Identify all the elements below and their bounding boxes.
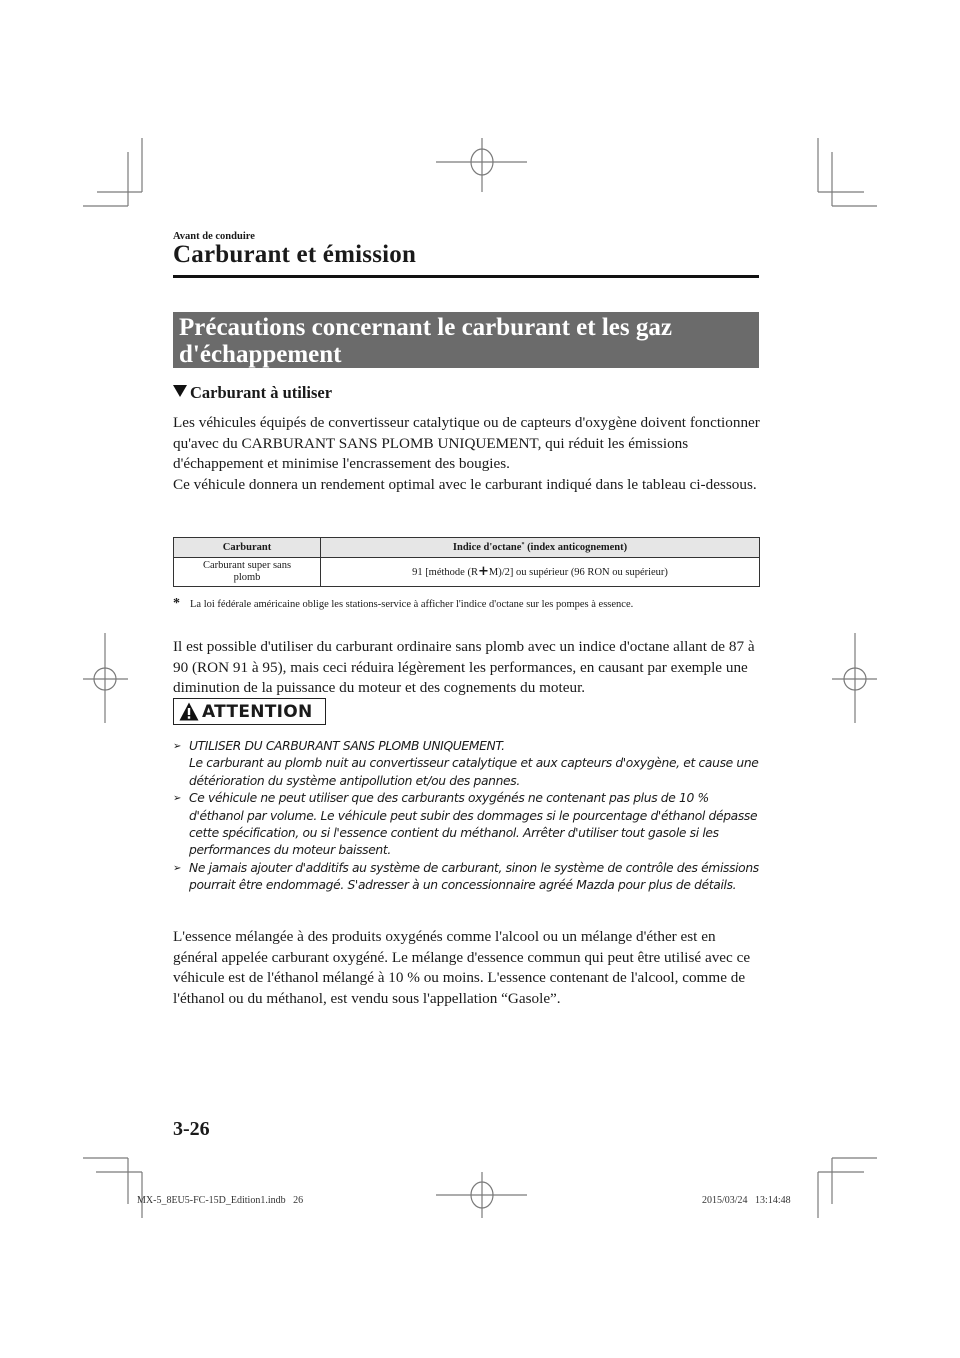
fuel-octane-table: Carburant Indice d'octane* (index antico… <box>173 537 760 587</box>
table-footnote: *La loi fédérale américaine oblige les s… <box>173 596 633 612</box>
fuel-type-line-1: Carburant super sans <box>178 560 316 572</box>
arrowhead-bullet-icon: ➢ <box>173 738 181 755</box>
attention-item: ➢ Ne jamais ajouter d'additifs au systèm… <box>173 860 763 895</box>
header-fuel: Carburant <box>174 538 321 558</box>
attention-list: ➢ UTILISER DU CARBURANT SANS PLOMB UNIQU… <box>173 738 763 895</box>
header-octane-label: Indice d'octane <box>453 542 522 553</box>
section-title: Carburant et émission <box>173 241 416 269</box>
attention-item: ➢ UTILISER DU CARBURANT SANS PLOMB UNIQU… <box>173 738 763 790</box>
header-divider <box>173 275 759 278</box>
oxygenated-fuel-paragraph: L'essence mélangée à des produits oxygén… <box>173 927 763 1009</box>
warning-triangle-icon <box>179 702 199 721</box>
attention-badge: ATTENTION <box>173 698 326 725</box>
attention-item-detail: Le carburant au plomb nuit au convertiss… <box>189 755 763 790</box>
cell-octane: 91 [méthode (R+M)/2] ou supérieur (96 RO… <box>321 558 760 587</box>
print-timestamp: 2015/03/24 13:14:48 <box>702 1195 791 1206</box>
subsection-heading-text: Carburant à utiliser <box>190 383 332 402</box>
header-octane: Indice d'octane* (index anticognement) <box>321 538 760 558</box>
plus-icon: + <box>478 564 489 579</box>
octane-text-pre: 91 [méthode (R <box>412 567 478 578</box>
table-header-row: Carburant Indice d'octane* (index antico… <box>174 538 760 558</box>
arrowhead-bullet-icon: ➢ <box>173 860 181 877</box>
triangle-down-icon <box>173 385 187 397</box>
arrowhead-bullet-icon: ➢ <box>173 790 181 807</box>
attention-item-text: Ne jamais ajouter d'additifs au système … <box>189 860 763 895</box>
cell-fuel-type: Carburant super sans plomb <box>174 558 321 587</box>
octane-text-post: M)/2] ou supérieur (96 RON ou supérieur) <box>489 567 668 578</box>
page-number: 3-26 <box>173 1118 210 1141</box>
table-row: Carburant super sans plomb 91 [méthode (… <box>174 558 760 587</box>
file-slug: MX-5_8EU5-FC-15D_Edition1.indb 26 <box>137 1195 303 1206</box>
fuel-type-line-2: plomb <box>178 572 316 584</box>
attention-item-text: Ce véhicule ne peut utiliser que des car… <box>189 790 763 860</box>
subsection-heading: Carburant à utiliser <box>173 383 332 403</box>
header-octane-suffix: (index anticognement) <box>524 542 627 553</box>
intro-paragraph: Les véhicules équipés de convertisseur c… <box>173 413 763 475</box>
regular-fuel-paragraph: Il est possible d'utiliser du carburant … <box>173 637 763 699</box>
table-intro-paragraph: Ce véhicule donnera un rendement optimal… <box>173 475 763 496</box>
banner-title-line-2: d'échappement <box>179 341 753 368</box>
asterisk-icon: * <box>173 596 180 611</box>
attention-label: ATTENTION <box>202 702 313 722</box>
topic-banner: Précautions concernant le carburant et l… <box>173 312 759 368</box>
footnote-text: La loi fédérale américaine oblige les st… <box>190 599 633 610</box>
banner-title-line-1: Précautions concernant le carburant et l… <box>179 314 753 341</box>
attention-item-title: UTILISER DU CARBURANT SANS PLOMB UNIQUEM… <box>189 738 763 755</box>
attention-item: ➢ Ce véhicule ne peut utiliser que des c… <box>173 790 763 860</box>
